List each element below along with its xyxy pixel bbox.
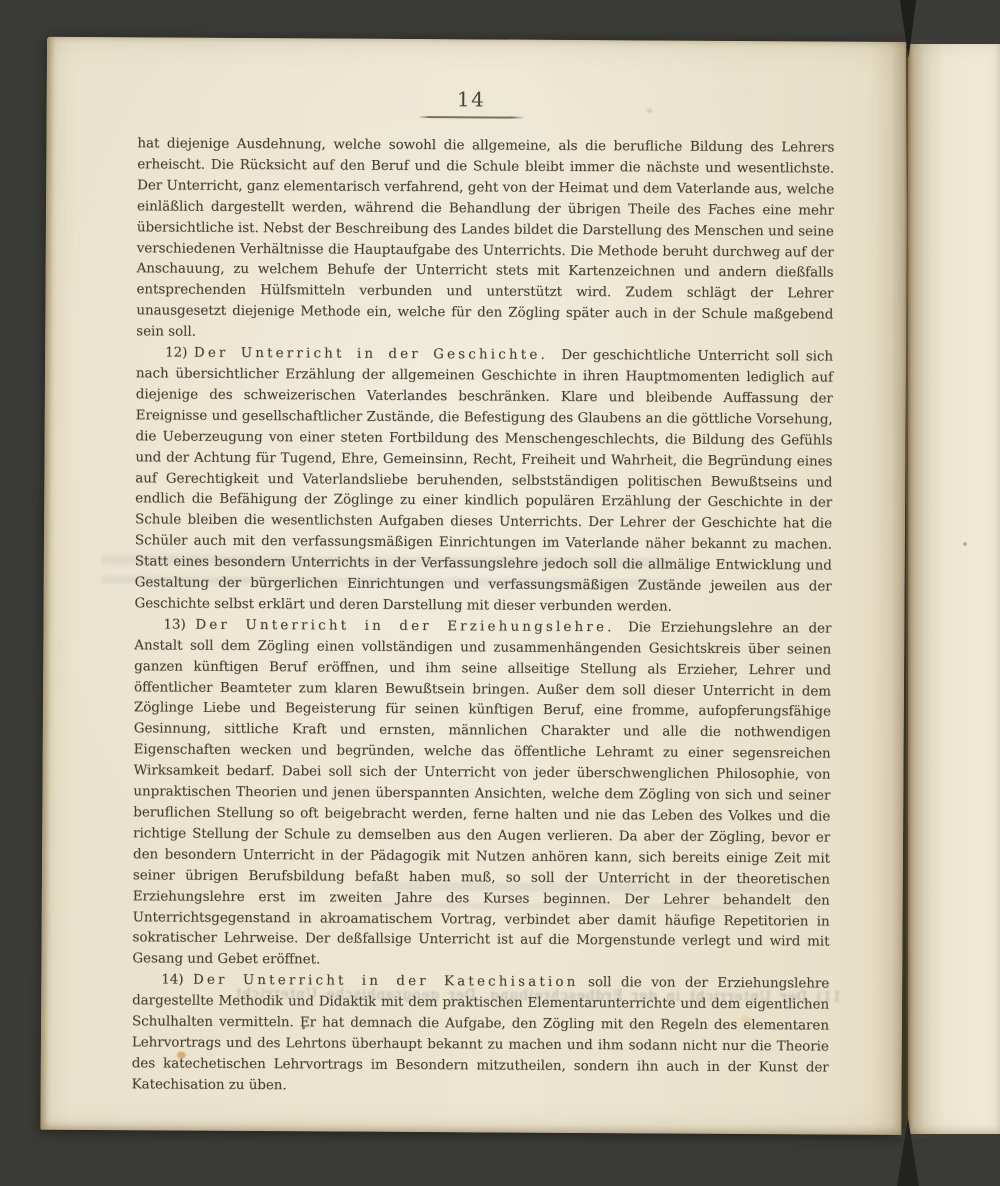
paragraph-text: hat diejenige Ausdehnung, welche sowohl …: [136, 136, 834, 340]
paragraph-number: 14): [161, 973, 193, 988]
paragraph-continuation: hat diejenige Ausdehnung, welche sowohl …: [136, 134, 834, 347]
ink-speck: [963, 542, 967, 546]
page-number: 14: [457, 88, 486, 110]
page-body: hat diejenige Ausdehnung, welche sowohl …: [132, 134, 835, 1100]
paragraph-12: 12) Der Unterricht in der Geschichte. De…: [134, 343, 833, 619]
paragraph-text: Die Erziehungslehre an der Anstalt soll …: [132, 620, 831, 968]
paragraph-13: 13) Der Unterricht in der Erziehungslehr…: [132, 615, 831, 975]
paragraph-number: 13): [163, 617, 195, 632]
book-scan-photo: 14 hat diejenige Ausdehnung, welche sowo…: [0, 0, 1000, 1186]
page-number-rule: [418, 116, 524, 119]
paragraph-heading: Der Unterricht in der Geschichte.: [194, 346, 548, 363]
left-page: 14 hat diejenige Ausdehnung, welche sowo…: [40, 37, 908, 1135]
paragraph-text: soll die von der Erziehungslehre dargest…: [132, 975, 830, 1093]
paragraph-heading: Der Unterricht in der Erziehungslehre.: [195, 618, 614, 636]
page-header: 14: [41, 37, 902, 121]
paragraph-heading: Der Unterricht in der Katechisation: [193, 973, 579, 990]
paragraph-text: Der geschichtliche Unterricht soll sich …: [135, 348, 834, 615]
facing-page-edge: [908, 44, 1000, 1134]
paragraph-14: 14) Der Unterricht in der Katechisation …: [132, 971, 830, 1101]
paragraph-number: 12): [165, 346, 194, 361]
